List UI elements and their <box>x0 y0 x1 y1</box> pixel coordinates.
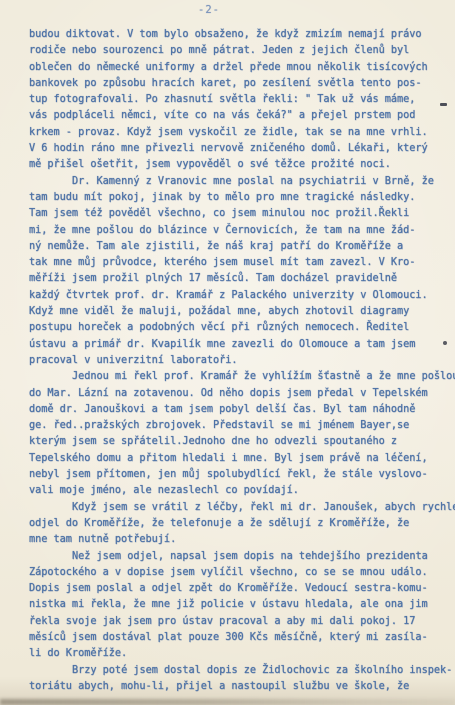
text-line: budou diktovat. V tom bylo obsaženo, že … <box>29 27 444 43</box>
text-line: V 6 hodin ráno mne přivezli nervově znič… <box>29 141 444 157</box>
text-line: Tam jsem též pověděl všechno, co jsem mi… <box>29 206 444 222</box>
text-line: tak mne můj průvodce, kterého jsem musel… <box>29 255 444 271</box>
text-line: tam budu mít pokoj, jinak by to mělo pro… <box>29 190 444 206</box>
text-line: pracoval v univerzitní laboratoři. <box>29 353 444 369</box>
text-line: bankovek po způsobu hracích karet, po ze… <box>29 76 444 92</box>
text-line: tup fotografovali. Po zhasnutí světla ře… <box>29 92 444 108</box>
text-line: oblečen do německé uniformy a držel před… <box>29 60 444 76</box>
text-line: Než jsem odjel, napsal jsem dopis na teh… <box>29 549 444 565</box>
text-line: odjel do Kroměříže, že telefonuje a že s… <box>29 516 444 532</box>
text-line: řekla svoje jak jsem pro ústav pracoval … <box>29 614 444 630</box>
text-line: domě dr. Janouškovi a tam jsem pobyl del… <box>29 402 444 418</box>
document-page: -2- budou diktovat. V tom bylo obsaženo,… <box>0 0 455 705</box>
text-line: postupu horeček a podobných věcí při růz… <box>29 320 444 336</box>
text-line: Zápotockého a v dopise jsem vylíčil všec… <box>29 565 444 581</box>
text-line: Když jsem se vrátil z léčby, řekl mi dr.… <box>29 500 444 516</box>
ink-speck <box>443 341 447 345</box>
text-line: vás podpláceli němci, víte co na vás ček… <box>29 108 444 124</box>
text-line: toriátu abych, mohu-li, přijel a nastoup… <box>29 679 444 695</box>
text-line: nistka mi řekla, že mne již policie v ús… <box>29 597 444 613</box>
text-line: rodiče nebo sourozenci po mně pátrat. Je… <box>29 43 444 59</box>
text-line: vali moje jméno, ale nezaslechl co povíd… <box>29 483 444 499</box>
text-line: mě přišel ošetřit, jsem vypověděl o své … <box>29 157 444 173</box>
text-line: ústavu a primář dr. Kvapilík mne zavezli… <box>29 337 444 353</box>
text-line: Tepelského domu a přitom hledali i mne. … <box>29 451 444 467</box>
text-line: ný nemůže. Tam ale zjistili, že náš kraj… <box>29 239 444 255</box>
text-line: Když mne viděl že maluji, požádal mne, a… <box>29 304 444 320</box>
text-line: měsíců jsem dostával plat pouze 300 Kčs … <box>29 630 444 646</box>
text-line: li do Kroměříže. <box>29 646 444 662</box>
text-line: Dopis jsem poslal a odjel zpět do Kroměř… <box>29 581 444 597</box>
text-line: do Mar. Lázní na zotavenou. Od něho dopi… <box>29 386 444 402</box>
document-text: budou diktovat. V tom bylo obsaženo, že … <box>29 27 444 695</box>
text-line: Jednou mi řekl prof. Kramář že vyhlížím … <box>29 369 444 385</box>
ink-speck <box>440 103 447 106</box>
text-line: krkem - provaz. Když jsem vyskočil ze ži… <box>29 125 444 141</box>
text-line: ge. řed..pražských zbrojovek. Představil… <box>29 418 444 434</box>
text-line: nebyl jsem přítomen, jen můj spolubydlíc… <box>29 467 444 483</box>
text-line: Dr. Kamenný z Vranovic mne poslal na psy… <box>29 174 444 190</box>
text-line: Brzy poté jsem dostal dopis ze Židlochov… <box>29 663 444 679</box>
text-line: měříži jsem prožil plných 17 měsíců. Tam… <box>29 271 444 287</box>
text-line: mi, že mne pošlou do blázince v Černovic… <box>29 223 444 239</box>
page-number: -2- <box>198 4 220 16</box>
text-line: kterým jsem se spřátelil.Jednoho dne ho … <box>29 434 444 450</box>
text-line: mne tam nutně potřebují. <box>29 532 444 548</box>
text-line: každý čtvrtek prof. dr. Kramář z Palacké… <box>29 288 444 304</box>
